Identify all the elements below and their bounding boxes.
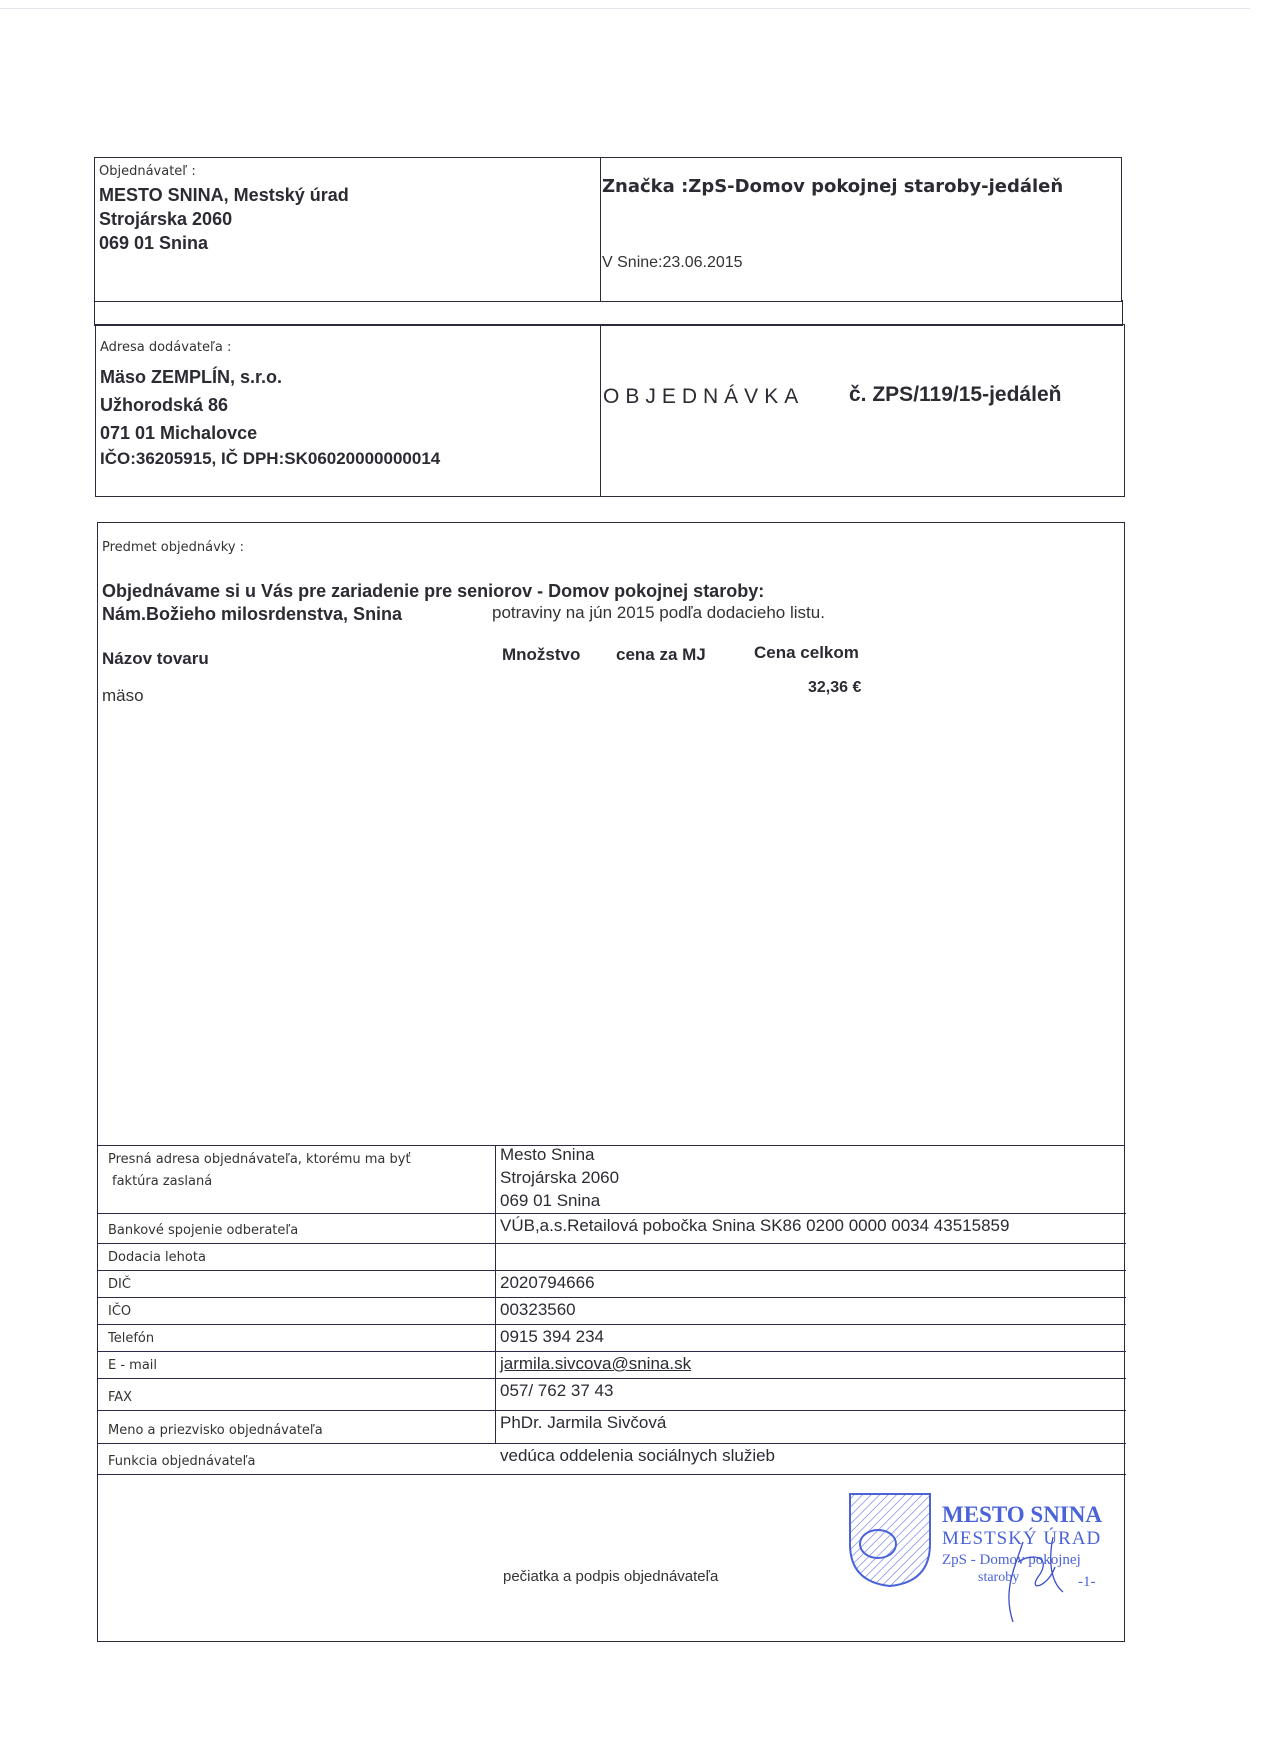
info-row-label: Funkcia objednávateľa: [108, 1454, 256, 1469]
reference-label: Značka :ZpS-Domov pokojnej staroby-jedál…: [602, 176, 1063, 197]
info-row-label: DIČ: [108, 1277, 131, 1292]
stamp-number: -1-: [1078, 1574, 1096, 1591]
row-line: [98, 1378, 1126, 1379]
row-line: [98, 1297, 1126, 1298]
supplier-name: Mäso ZEMPLÍN, s.r.o.: [100, 366, 282, 388]
subject-line1: Objednávame si u Vás pre zariadenie pre …: [102, 580, 764, 602]
col-unit-price: cena za MJ: [616, 644, 706, 666]
stamp: MESTO SNINA MESTSKÝ ÚRAD ZpS - Domov pok…: [848, 1492, 1120, 1602]
subject-line2-right: potraviny na jún 2015 podľa dodacieho li…: [492, 603, 825, 623]
spacer-row: [94, 300, 1123, 326]
row-line: [98, 1410, 1126, 1411]
info-row-label: Meno a priezvisko objednávateľa: [108, 1423, 323, 1438]
orderer-city: 069 01 Snina: [99, 232, 208, 254]
row-line: [98, 1270, 1126, 1271]
row-line: [98, 1243, 1126, 1244]
info-row-label: E - mail: [108, 1358, 157, 1373]
place-date: V Snine:23.06.2015: [602, 254, 743, 272]
info-row-label: Dodacia lehota: [108, 1250, 206, 1265]
orderer-caption: Objednávateľ :: [99, 164, 196, 179]
invoice-address-line: Mesto Snina: [500, 1145, 595, 1165]
info-row-value: PhDr. Jarmila Sivčová: [500, 1413, 666, 1433]
supplier-ids: IČO:36205915, IČ DPH:SK06020000000014: [100, 448, 440, 470]
col-item: Názov tovaru: [102, 648, 209, 670]
orderer-street: Strojárska 2060: [99, 208, 232, 230]
supplier-city: 071 01 Michalovce: [100, 422, 257, 444]
invoice-address-line: 069 01 Snina: [500, 1191, 600, 1211]
signature-caption: pečiatka a podpis objednávateľa: [503, 1568, 718, 1585]
item-total: 32,36 €: [808, 677, 861, 699]
row-line: [98, 1351, 1126, 1352]
invoice-address-label-1: Presná adresa objednávateľa, ktorému ma …: [108, 1152, 411, 1167]
supplier-box: [95, 324, 1125, 497]
row-line: [98, 1213, 1126, 1214]
info-row-label: Bankové spojenie odberateľa: [108, 1223, 298, 1238]
info-row-label: IČO: [108, 1304, 131, 1319]
row-line: [98, 1443, 1126, 1444]
col-total: Cena celkom: [754, 642, 859, 664]
orderer-name: MESTO SNINA, Mestský úrad: [99, 184, 349, 206]
info-row-value: 057/ 762 37 43: [500, 1381, 613, 1401]
row-line: [98, 1474, 1126, 1475]
info-row-value: 0915 394 234: [500, 1327, 604, 1347]
row-line: [98, 1324, 1126, 1325]
info-row-label: FAX: [108, 1390, 132, 1405]
info-row-value: 2020794666: [500, 1273, 595, 1293]
coat-of-arms-icon: [848, 1492, 932, 1588]
col-quantity: Množstvo: [502, 644, 580, 666]
order-title-word: OBJEDNÁVKA: [603, 385, 804, 409]
invoice-address-label-2: faktúra zaslaná: [112, 1174, 212, 1189]
info-row-value: 00323560: [500, 1300, 576, 1320]
info-row-value: VÚB,a.s.Retailová pobočka Snina SK86 020…: [500, 1216, 1009, 1236]
supplier-caption: Adresa dodávateľa :: [100, 340, 231, 355]
stamp-line1: MESTO SNINA: [942, 1502, 1102, 1528]
signature-scribble: [993, 1532, 1073, 1632]
info-table-top: [98, 1145, 1125, 1146]
invoice-address-line: Strojárska 2060: [500, 1168, 619, 1188]
scan-edge-line: [0, 8, 1250, 9]
subject-caption: Predmet objednávky :: [102, 540, 244, 555]
order-number: č. ZPS/119/15-jedáleň: [849, 383, 1061, 407]
info-row-label: Telefón: [108, 1331, 154, 1346]
supplier-divider: [600, 324, 601, 497]
item-name: mäso: [102, 686, 144, 706]
orderer-divider: [600, 157, 601, 302]
supplier-street: Užhorodská 86: [100, 394, 228, 416]
info-row-value: vedúca oddelenia sociálnych služieb: [500, 1446, 775, 1466]
subject-line2-left: Nám.Božieho milosrdenstva, Snina: [102, 603, 402, 625]
email-link[interactable]: jarmila.sivcova@snina.sk: [500, 1354, 691, 1374]
info-table-divider: [495, 1145, 496, 1443]
